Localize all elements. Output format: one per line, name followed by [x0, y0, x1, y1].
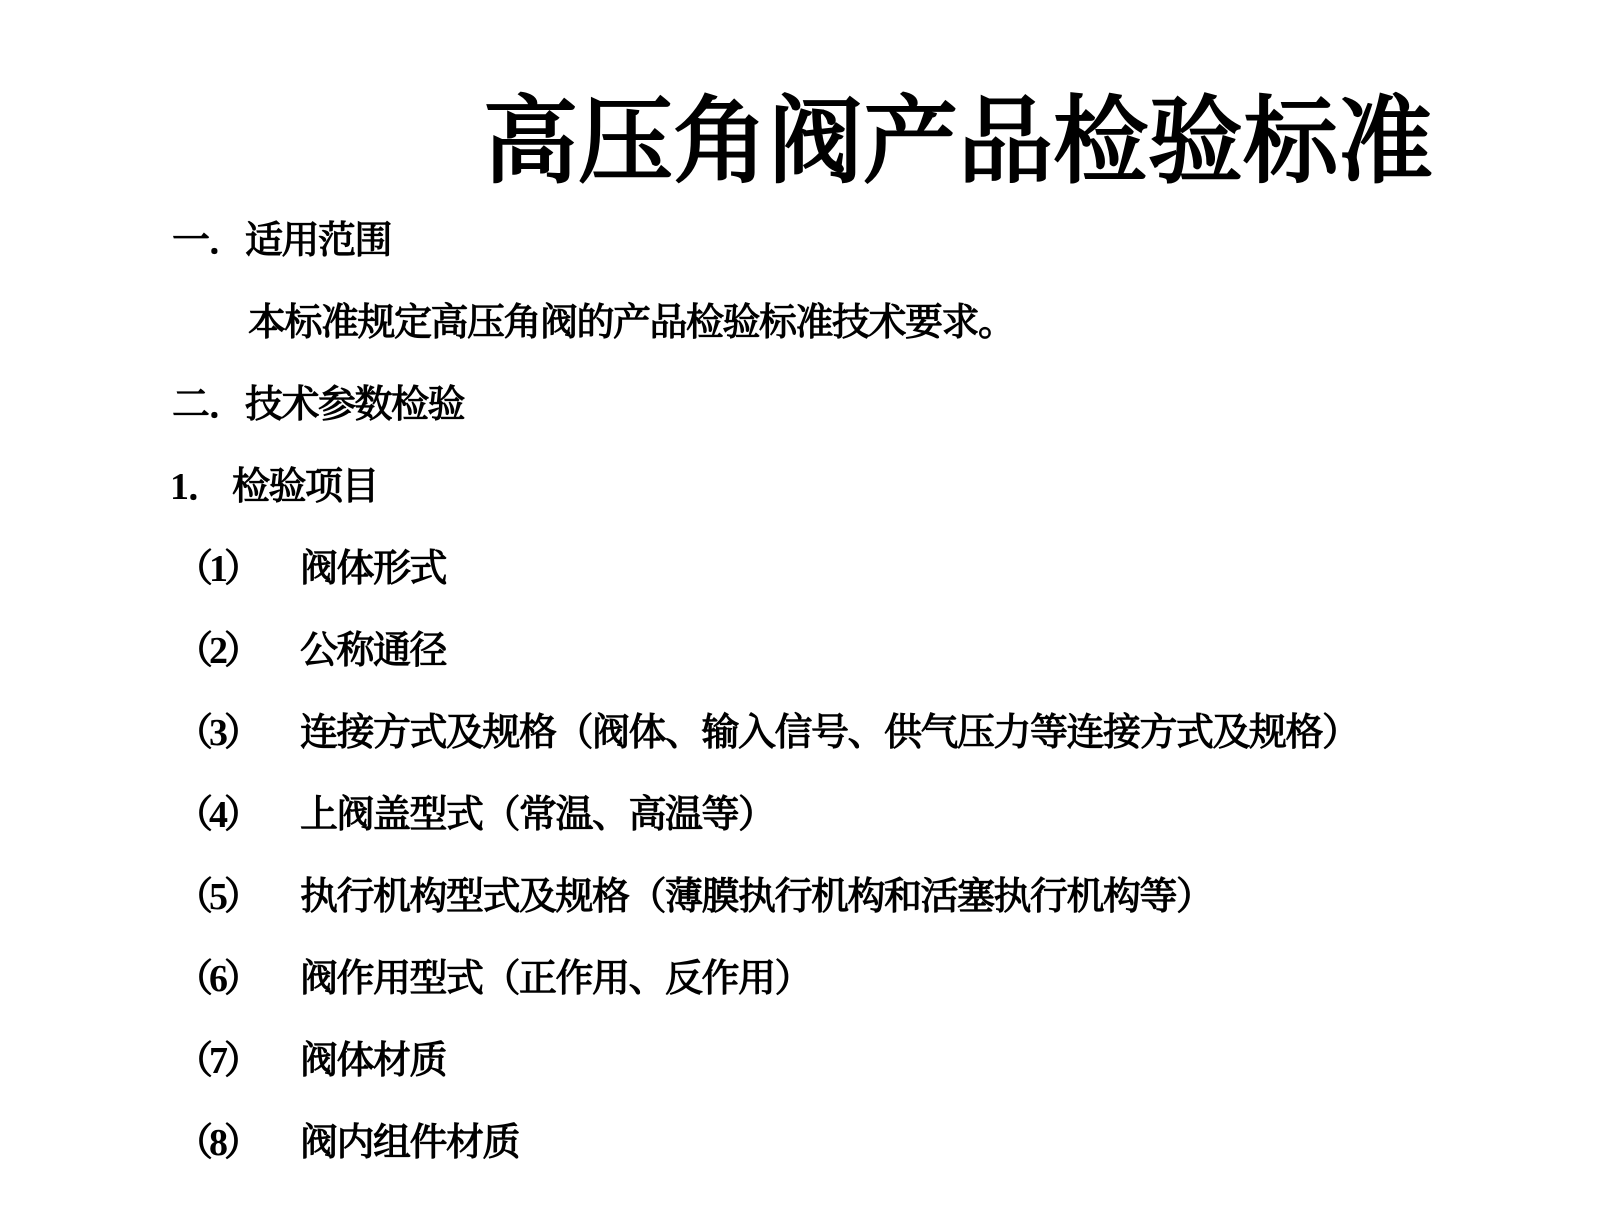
document-page: { "title": "高压角阀产品检验标准", "section_scope"… — [0, 0, 1608, 1206]
inspection-item: （2）公称通径 — [175, 632, 446, 670]
section-params-heading: 二．技术参数检验 — [172, 386, 464, 424]
section-scope-label: 适用范围 — [245, 220, 391, 262]
subsection-inspection-number: 1． — [170, 468, 232, 506]
item-text: 阀体材质 — [300, 1040, 446, 1082]
item-text: 执行机构型式及规格（薄膜执行机构和活塞执行机构等） — [300, 876, 1213, 918]
section-params-label: 技术参数检验 — [245, 384, 464, 426]
item-number: （2） — [175, 632, 300, 670]
subsection-inspection-heading: 1．检验项目 — [170, 468, 378, 506]
item-text: 连接方式及规格（阀体、输入信号、供气压力等连接方式及规格） — [300, 712, 1359, 754]
section-scope-number: 一． — [172, 220, 245, 262]
section-scope-heading: 一．适用范围 — [172, 222, 391, 260]
item-text: 上阀盖型式（常温、高温等） — [300, 794, 775, 836]
item-text: 阀作用型式（正作用、反作用） — [300, 958, 811, 1000]
item-number: （3） — [175, 714, 300, 752]
item-text: 阀内组件材质 — [300, 1122, 519, 1164]
item-number: （7） — [175, 1042, 300, 1080]
item-number: （8） — [175, 1124, 300, 1162]
inspection-item: （3）连接方式及规格（阀体、输入信号、供气压力等连接方式及规格） — [175, 714, 1359, 752]
subsection-inspection-label: 检验项目 — [232, 466, 378, 508]
inspection-item: （1）阀体形式 — [175, 550, 446, 588]
item-number: （5） — [175, 878, 300, 916]
item-text: 阀体形式 — [300, 548, 446, 590]
item-number: （1） — [175, 550, 300, 588]
document-title: 高压角阀产品检验标准 — [483, 95, 1433, 190]
item-text: 公称通径 — [300, 630, 446, 672]
inspection-item: （8）阀内组件材质 — [175, 1124, 519, 1162]
section-params-number: 二． — [172, 384, 245, 426]
inspection-item: （6）阀作用型式（正作用、反作用） — [175, 960, 811, 998]
item-number: （4） — [175, 796, 300, 834]
item-number: （6） — [175, 960, 300, 998]
inspection-item: （5）执行机构型式及规格（薄膜执行机构和活塞执行机构等） — [175, 878, 1213, 916]
inspection-item: （7）阀体材质 — [175, 1042, 446, 1080]
inspection-item: （4）上阀盖型式（常温、高温等） — [175, 796, 775, 834]
scope-paragraph: 本标准规定高压角阀的产品检验标准技术要求。 — [248, 304, 1015, 342]
